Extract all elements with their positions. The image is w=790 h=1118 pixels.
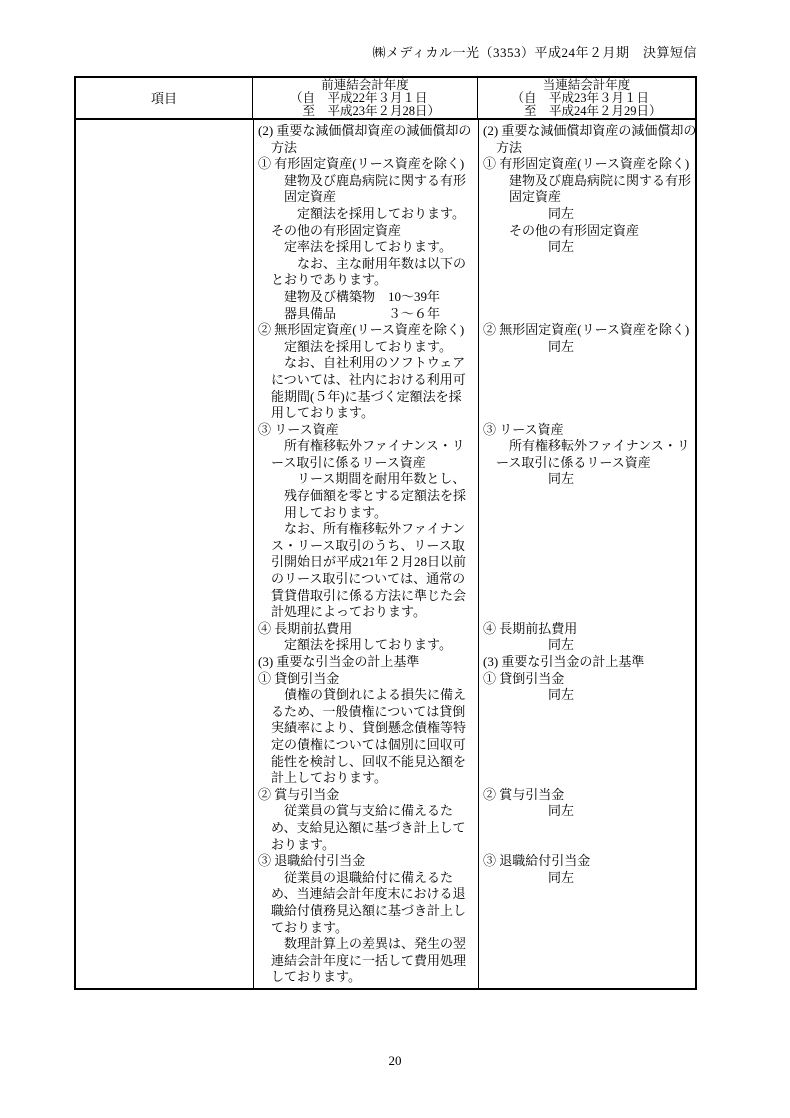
current-year-cell: (3) 重要な引当金の計上基準 <box>478 654 695 671</box>
table-sections: (2) 重要な減価償却資産の減価償却の 方法 ① 有形固定資産(リース資産を除く… <box>254 123 695 986</box>
current-year-cell: ③ 退職給付引当金 同左 <box>478 853 695 886</box>
previous-year-cell: ② 無形固定資産(リース資産を除く) 定額法を採用しております。 なお、自社利用… <box>254 322 478 422</box>
previous-year-cell: (3) 重要な引当金の計上基準 <box>254 654 478 671</box>
section-row-depreciation: (2) 重要な減価償却資産の減価償却の 方法 ① 有形固定資産(リース資産を除く… <box>254 123 695 322</box>
page-number: 20 <box>0 1053 790 1069</box>
section-row-bonus-provision: ② 賞与引当金 従業員の賞与支給に備えるた め、支給見込額に基づき計上して おり… <box>254 787 695 853</box>
previous-year-cell: ② 賞与引当金 従業員の賞与支給に備えるた め、支給見込額に基づき計上して おり… <box>254 787 478 853</box>
table-body: (2) 重要な減価償却資産の減価償却の 方法 ① 有形固定資産(リース資産を除く… <box>76 120 695 988</box>
column-header-item: 項目 <box>76 78 253 118</box>
column-header-current-year: 当連結会計年度 （自 平成23年３月１日 至 平成24年２月29日） <box>478 78 695 118</box>
current-year-cell: ② 賞与引当金 同左 <box>478 787 695 820</box>
current-year-cell: ② 無形固定資産(リース資産を除く) 同左 <box>478 322 695 355</box>
section-row-lease-assets: ③ リース資産 所有権移転外ファイナンス・リ ース取引に係るリース資産 リース期… <box>254 422 695 621</box>
previous-year-title: 前連結会計年度 <box>321 79 409 92</box>
section-row-retirement-benefit-provision: ③ 退職給付引当金 従業員の退職給付に備えるた め、当連結会計年度末における退 … <box>254 853 695 986</box>
section-row-intangible-assets: ② 無形固定資産(リース資産を除く) 定額法を採用しております。 なお、自社利用… <box>254 322 695 422</box>
current-year-cell: (2) 重要な減価償却資産の減価償却の 方法 ① 有形固定資産(リース資産を除く… <box>478 123 695 256</box>
previous-year-cell: (2) 重要な減価償却資産の減価償却の 方法 ① 有形固定資産(リース資産を除く… <box>254 123 478 322</box>
current-year-cell: ④ 長期前払費用 同左 <box>478 621 695 654</box>
report-title: ㈱メディカル一光（3353）平成24年２月期 決算短信 <box>0 42 697 61</box>
previous-year-cell: ③ 退職給付引当金 従業員の退職給付に備えるた め、当連結会計年度末における退 … <box>254 853 478 986</box>
current-year-title: 当連結会計年度 <box>543 79 631 92</box>
current-year-cell: ① 貸倒引当金 同左 <box>478 671 695 704</box>
previous-year-cell: ④ 長期前払費用 定額法を採用しております。 <box>254 621 478 654</box>
accounting-policy-table: 項目 前連結会計年度 （自 平成22年３月１日 至 平成23年２月28日） 当連… <box>74 76 697 990</box>
previous-year-period: （自 平成22年３月１日 至 平成23年２月28日） <box>290 92 440 118</box>
section-row-allowance-doubtful-accounts: ① 貸倒引当金 債権の貸倒れによる損失に備え るため、一般債権については貸倒 実… <box>254 671 695 787</box>
column-header-item-label: 項目 <box>151 92 177 105</box>
current-year-period: （自 平成23年３月１日 至 平成24年２月29日） <box>511 92 661 118</box>
section-row-long-term-prepaid-expenses: ④ 長期前払費用 定額法を採用しております。 ④ 長期前払費用 同左 <box>254 621 695 654</box>
column-header-previous-year: 前連結会計年度 （自 平成22年３月１日 至 平成23年２月28日） <box>253 78 478 118</box>
previous-year-cell: ① 貸倒引当金 債権の貸倒れによる損失に備え るため、一般債権については貸倒 実… <box>254 671 478 787</box>
previous-year-cell: ③ リース資産 所有権移転外ファイナンス・リ ース取引に係るリース資産 リース期… <box>254 422 478 621</box>
current-year-cell: ③ リース資産 所有権移転外ファイナンス・リ ース取引に係るリース資産 同左 <box>478 422 695 488</box>
table-header-row: 項目 前連結会計年度 （自 平成22年３月１日 至 平成23年２月28日） 当連… <box>76 78 695 120</box>
section-row-provisions-heading: (3) 重要な引当金の計上基準 (3) 重要な引当金の計上基準 <box>254 654 695 671</box>
